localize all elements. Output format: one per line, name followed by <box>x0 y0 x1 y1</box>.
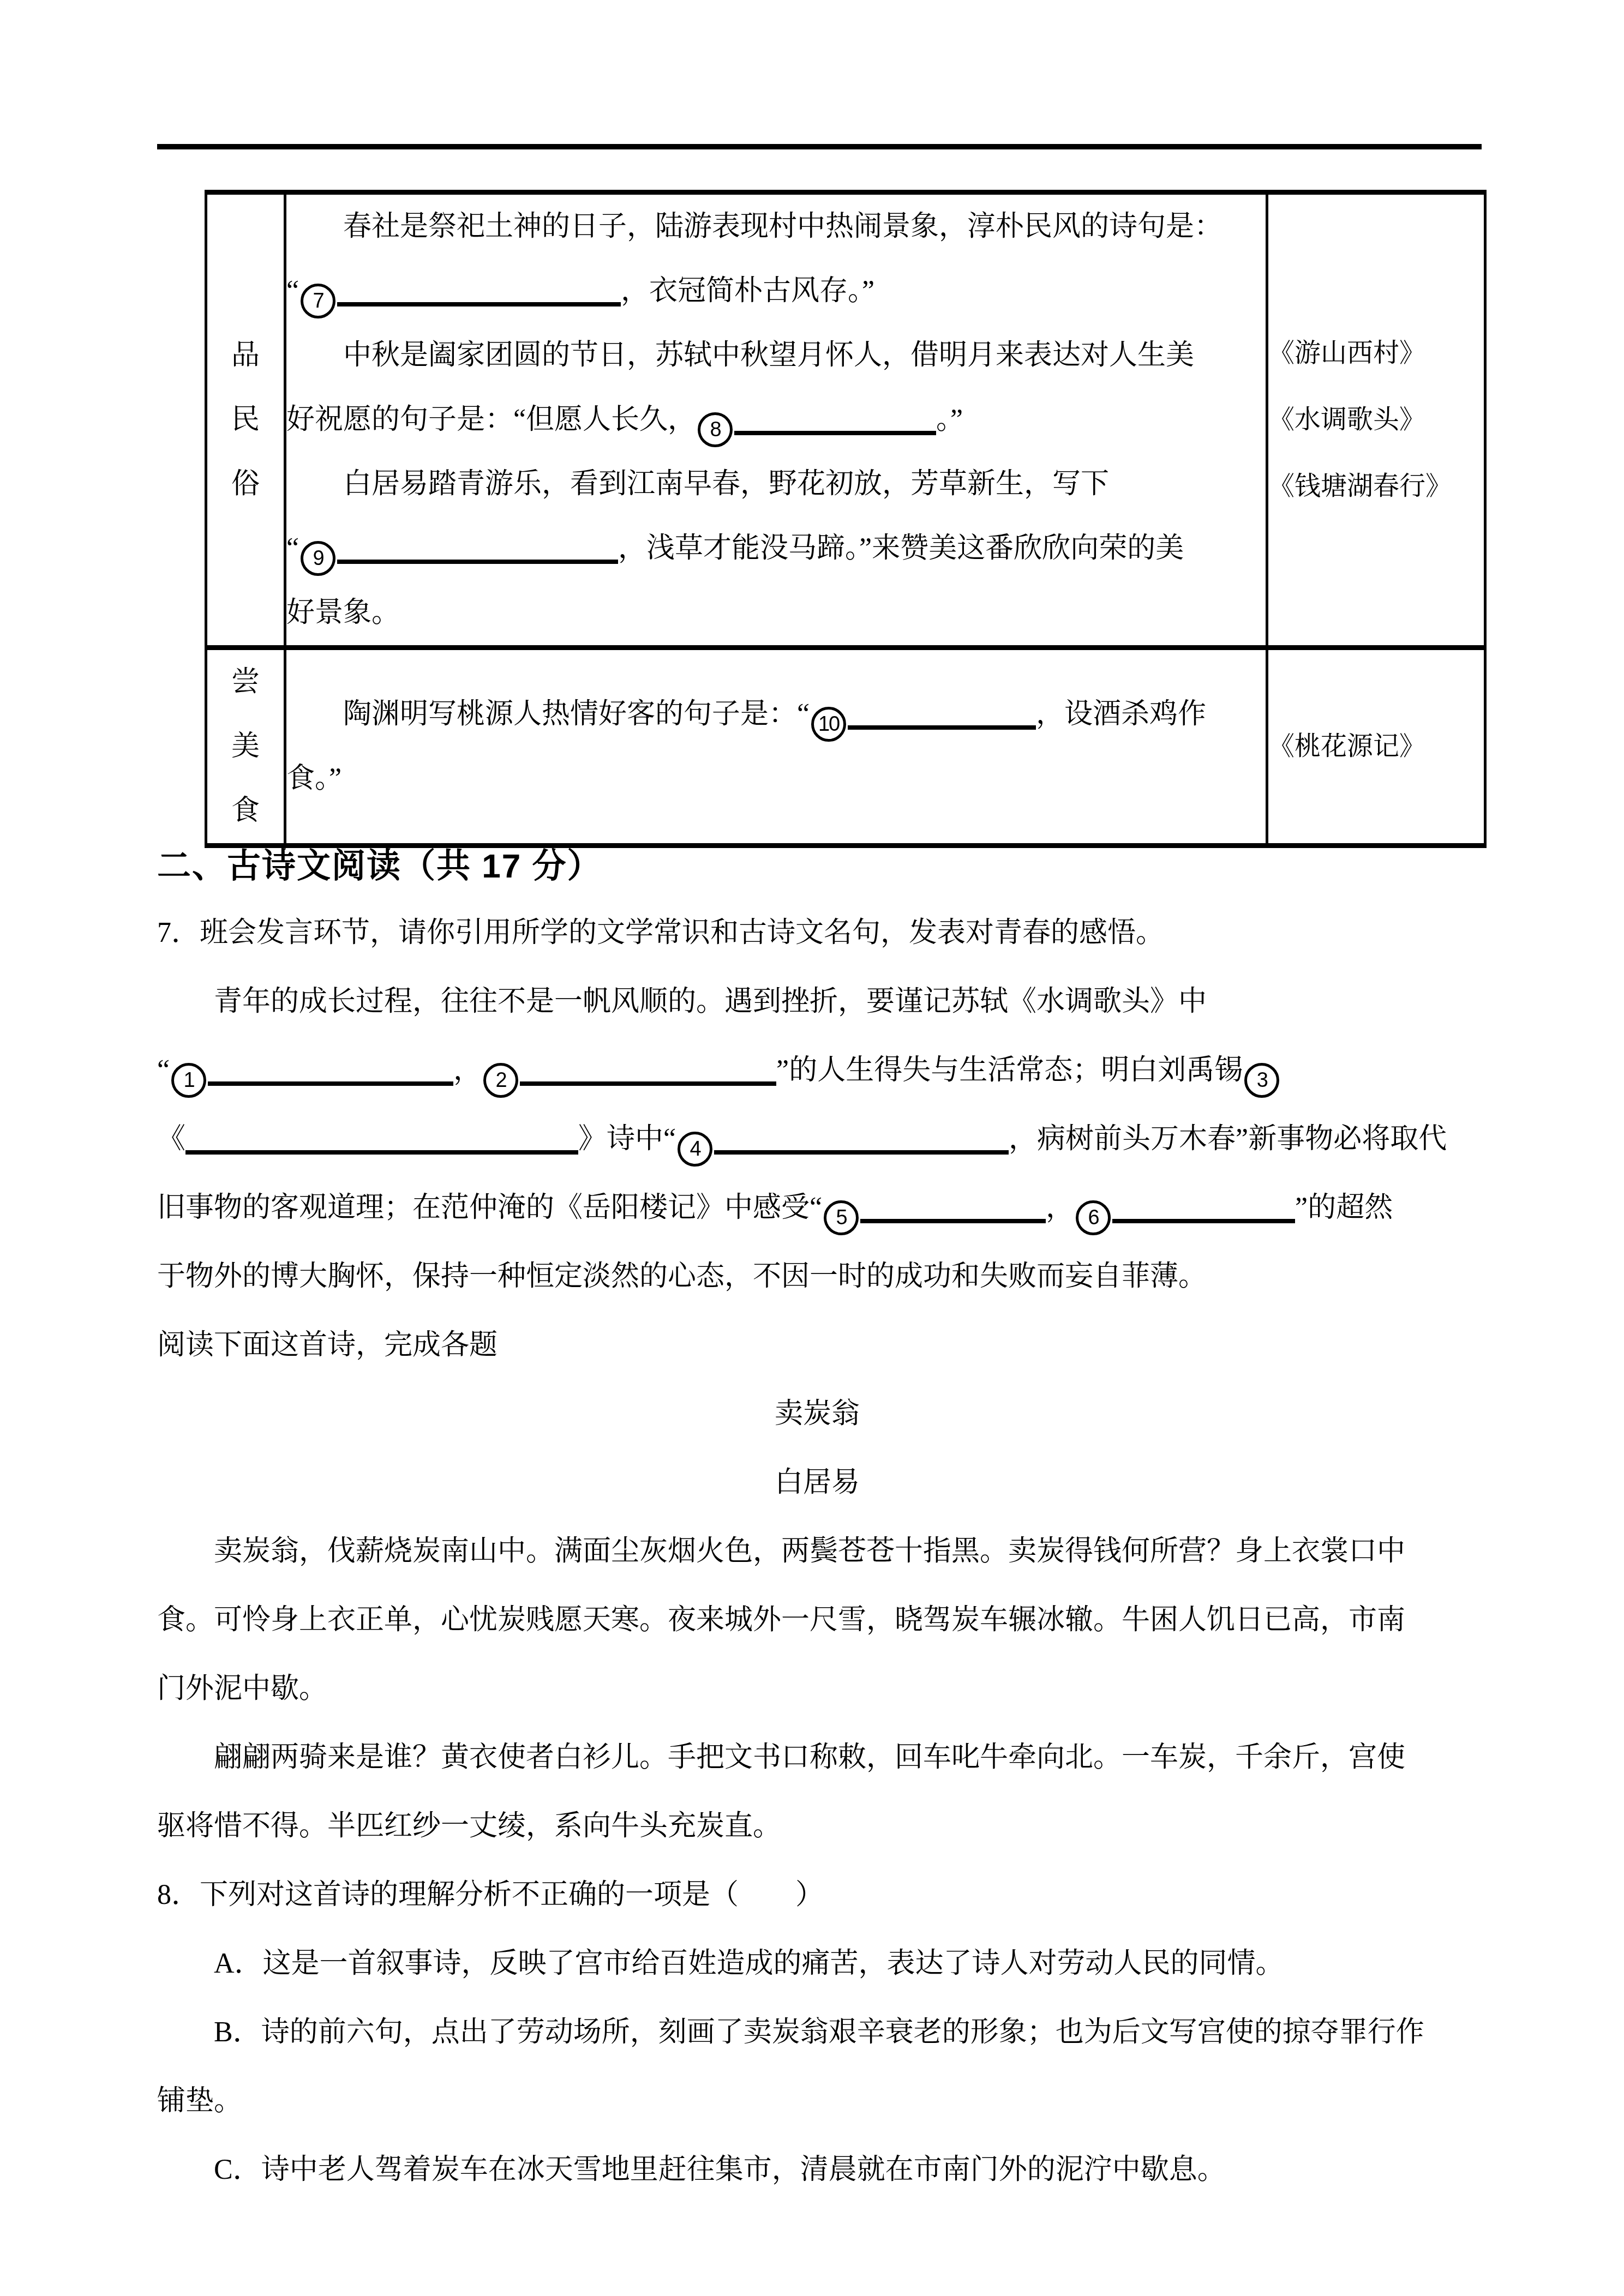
text-run: 驱将惜不得。半匹红纱一丈绫，系向牛头充炭直。 <box>157 1811 781 1842</box>
text-run: ，衣冠简朴古风存。” <box>621 275 874 306</box>
text-run: “ <box>286 533 299 564</box>
text-line: 于物外的博大胸怀，保持一种恒定淡然的心态，不因一时的成功和失败而妄自菲薄。 <box>157 1242 1477 1311</box>
answer-blank <box>714 1126 1009 1155</box>
circled-number-10-icon: 10 <box>811 707 846 742</box>
answer-blank <box>337 278 621 306</box>
text-line: 食。可怜身上衣正单，心忧炭贱愿天寒。夜来城外一尺雪，晓驾炭车辗冰辙。牛困人饥日已… <box>157 1586 1477 1655</box>
section-heading: 二、古诗文阅读（共 17 分） <box>157 834 1477 899</box>
question7-intro: 7．班会发言环节，请你引用所学的文学常识和古诗文名句，发表对青春的感悟。 <box>157 899 1477 967</box>
text-run: 好景象。 <box>286 597 400 628</box>
answer-blank <box>185 1126 578 1155</box>
text-run: ， <box>1046 1192 1074 1223</box>
category-char: 品 <box>207 323 284 388</box>
text-line: 8．下列对这首诗的理解分析不正确的一项是（ ） <box>157 1861 1477 1930</box>
poem-reading-prompt: 阅读下面这首诗，完成各题 <box>157 1311 1477 1380</box>
text-line: 中秋是阖家团圆的节日，苏轼中秋望月怀人，借明月来表达对人生美 <box>286 323 1266 388</box>
text-run: 陶渊明写桃源人热情好客的句子是：“ <box>343 699 810 730</box>
text-run: 食。可怜身上衣正单，心忧炭贱愿天寒。夜来城外一尺雪，晓驾炭车辗冰辙。牛困人饥日已… <box>157 1604 1405 1636</box>
main-content: 二、古诗文阅读（共 17 分） 7．班会发言环节，请你引用所学的文学常识和古诗文… <box>157 834 1477 2204</box>
text-run: C．诗中老人驾着炭车在冰天雪地里赶往集市，清晨就在市南门外的泥泞中歇息。 <box>214 2154 1226 2185</box>
text-run: 阅读下面这首诗，完成各题 <box>157 1330 498 1361</box>
answer-blank <box>734 407 936 435</box>
text-run: “ <box>157 1055 170 1086</box>
text-run: ，病树前头万木春”新事物必将取代 <box>1009 1123 1447 1155</box>
text-line: 7．班会发言环节，请你引用所学的文学常识和古诗文名句，发表对青春的感悟。 <box>157 899 1477 967</box>
text-line: 翩翩两骑来是谁？黄衣使者白衫儿。手把文书口称敕，回车叱牛牵向北。一车炭，千余斤，… <box>157 1723 1477 1792</box>
text-line: 铺垫。 <box>157 2067 1477 2136</box>
content-cell: 陶渊明写桃源人热情好客的句子是：“10，设酒杀鸡作食。” <box>285 648 1267 846</box>
text-line: 春社是祭祀土神的日子，陆游表现村中热闹景象，淳朴民风的诗句是： <box>286 195 1266 259</box>
text-run: ”的超然 <box>1295 1192 1393 1223</box>
answer-blank <box>520 1057 776 1086</box>
text-run: 。” <box>936 404 963 435</box>
answer-blank <box>208 1057 453 1086</box>
source-cell: 《游山西村》《水调歌头》《钱塘湖春行》 <box>1267 193 1485 648</box>
text-line: 卖炭翁，伐薪烧炭南山中。满面尘灰烟火色，两鬓苍苍十指黑。卖炭得钱何所营？身上衣裳… <box>157 1517 1477 1586</box>
source-title: 《桃花源记》 <box>1268 713 1484 780</box>
poem-title: 卖炭翁 <box>157 1380 1477 1448</box>
text-run: 翩翩两骑来是谁？黄衣使者白衫儿。手把文书口称敕，回车叱牛牵向北。一车炭，千余斤，… <box>214 1742 1405 1773</box>
text-line: B．诗的前六句，点出了劳动场所，刻画了卖炭翁艰辛衰老的形象；也为后文写宫使的掠夺… <box>157 1998 1477 2067</box>
circled-number-2-icon: 2 <box>483 1063 518 1098</box>
text-line: 阅读下面这首诗，完成各题 <box>157 1311 1477 1380</box>
text-run: A．这是一首叙事诗，反映了宫市给百姓造成的痛苦，表达了诗人对劳动人民的同情。 <box>214 1948 1284 1979</box>
text-run: 《 <box>157 1123 185 1155</box>
text-run: 门外泥中歇。 <box>157 1673 327 1704</box>
exam-page: 品民俗春社是祭祀土神的日子，陆游表现村中热闹景象，淳朴民风的诗句是：“7，衣冠简… <box>0 0 1624 2296</box>
text-run: ，设酒杀鸡作 <box>1036 699 1206 730</box>
text-run: 青年的成长过程，往往不是一帆风顺的。遇到挫折，要谨记苏轼《水调歌头》中 <box>214 986 1207 1017</box>
text-line: 驱将惜不得。半匹红纱一丈绫，系向牛头充炭直。 <box>157 1792 1477 1861</box>
text-line: A．这是一首叙事诗，反映了宫市给百姓造成的痛苦，表达了诗人对劳动人民的同情。 <box>157 1930 1477 1998</box>
text-line: 旧事物的客观道理；在范仲淹的《岳阳楼记》中感受“5，6”的超然 <box>157 1174 1477 1242</box>
text-run: ， <box>453 1055 482 1086</box>
text-run: 食。” <box>286 763 341 794</box>
header-rule <box>157 144 1482 149</box>
answer-blank <box>848 701 1036 730</box>
category-label-cell: 尝美食 <box>206 648 285 846</box>
text-run: B．诗的前六句，点出了劳动场所，刻画了卖炭翁艰辛衰老的形象；也为后文写宫使的掠夺… <box>214 2017 1424 2048</box>
category-char: 食 <box>207 779 284 843</box>
text-line: “7，衣冠简朴古风存。” <box>286 259 1266 323</box>
text-line: 《》诗中“4，病树前头万木春”新事物必将取代 <box>157 1105 1477 1174</box>
circled-number-8-icon: 8 <box>698 412 733 447</box>
text-run: 白居易踏青游乐，看到江南早春，野花初放，芳草新生，写下 <box>343 468 1109 500</box>
text-run: 铺垫。 <box>157 2085 242 2117</box>
table-row: 品民俗春社是祭祀土神的日子，陆游表现村中热闹景象，淳朴民风的诗句是：“7，衣冠简… <box>206 193 1485 648</box>
text-line: “9，浅草才能没马蹄。”来赞美这番欣欣向荣的美 <box>286 516 1266 581</box>
category-char: 尝 <box>207 650 284 714</box>
answer-blank <box>860 1195 1046 1223</box>
circled-number-1-icon: 1 <box>171 1063 206 1098</box>
answer-blank <box>337 536 618 564</box>
recitation-table-body: 品民俗春社是祭祀土神的日子，陆游表现村中热闹景象，淳朴民风的诗句是：“7，衣冠简… <box>206 193 1485 846</box>
circled-number-5-icon: 5 <box>824 1200 859 1235</box>
text-line: 食。” <box>286 747 1266 811</box>
question7-paragraph: 青年的成长过程，往往不是一帆风顺的。遇到挫折，要谨记苏轼《水调歌头》中“1，2”… <box>157 967 1477 1311</box>
table-row: 尝美食陶渊明写桃源人热情好客的句子是：“10，设酒杀鸡作食。”《桃花源记》 <box>206 648 1485 846</box>
text-line: 门外泥中歇。 <box>157 1655 1477 1723</box>
circled-number-3-icon: 3 <box>1244 1063 1279 1098</box>
text-run: ，浅草才能没马蹄。”来赞美这番欣欣向荣的美 <box>618 533 1184 564</box>
text-run: 好祝愿的句子是：“但愿人长久， <box>286 404 696 435</box>
text-line: 好祝愿的句子是：“但愿人长久，8。” <box>286 388 1266 452</box>
circled-number-7-icon: 7 <box>301 284 335 318</box>
text-run: 8．下列对这首诗的理解分析不正确的一项是（ ） <box>157 1879 824 1910</box>
text-run: 中秋是阖家团圆的节日，苏轼中秋望月怀人，借明月来表达对人生美 <box>343 340 1194 371</box>
text-run: 7．班会发言环节，请你引用所学的文学常识和古诗文名句，发表对青春的感悟。 <box>157 917 1164 948</box>
text-line: 青年的成长过程，往往不是一帆风顺的。遇到挫折，要谨记苏轼《水调歌头》中 <box>157 967 1477 1036</box>
poem-stanza-1: 卖炭翁，伐薪烧炭南山中。满面尘灰烟火色，两鬓苍苍十指黑。卖炭得钱何所营？身上衣裳… <box>157 1517 1477 1723</box>
text-line: 白居易踏青游乐，看到江南早春，野花初放，芳草新生，写下 <box>286 452 1266 516</box>
circled-number-4-icon: 4 <box>678 1132 712 1167</box>
text-line: 陶渊明写桃源人热情好客的句子是：“10，设酒杀鸡作 <box>286 682 1266 747</box>
category-char: 民 <box>207 388 284 452</box>
content-cell: 春社是祭祀土神的日子，陆游表现村中热闹景象，淳朴民风的诗句是：“7，衣冠简朴古风… <box>285 193 1267 648</box>
text-run: “ <box>286 275 299 306</box>
circled-number-6-icon: 6 <box>1076 1200 1111 1235</box>
source-title: 《水调歌头》 <box>1268 387 1484 453</box>
text-run: 春社是祭祀土神的日子，陆游表现村中热闹景象，淳朴民风的诗句是： <box>343 211 1223 242</box>
text-run: 》诗中“ <box>578 1123 676 1155</box>
poem-author: 白居易 <box>157 1448 1477 1517</box>
source-title: 《游山西村》 <box>1268 320 1484 387</box>
question8-block: 8．下列对这首诗的理解分析不正确的一项是（ ）A．这是一首叙事诗，反映了宫市给百… <box>157 1861 1477 2204</box>
text-run: ”的人生得失与生活常态；明白刘禹锡 <box>776 1055 1243 1086</box>
text-run: 卖炭翁，伐薪烧炭南山中。满面尘灰烟火色，两鬓苍苍十指黑。卖炭得钱何所营？身上衣裳… <box>214 1536 1405 1567</box>
text-run: 于物外的博大胸怀，保持一种恒定淡然的心态，不因一时的成功和失败而妄自菲薄。 <box>157 1261 1207 1292</box>
text-line: C．诗中老人驾着炭车在冰天雪地里赶往集市，清晨就在市南门外的泥泞中歇息。 <box>157 2136 1477 2204</box>
source-title: 《钱塘湖春行》 <box>1268 453 1484 520</box>
category-char: 美 <box>207 714 284 779</box>
poem-stanza-2: 翩翩两骑来是谁？黄衣使者白衫儿。手把文书口称敕，回车叱牛牵向北。一车炭，千余斤，… <box>157 1723 1477 1861</box>
recitation-table: 品民俗春社是祭祀土神的日子，陆游表现村中热闹景象，淳朴民风的诗句是：“7，衣冠简… <box>205 190 1487 848</box>
answer-blank <box>1112 1195 1295 1223</box>
circled-number-9-icon: 9 <box>301 541 335 576</box>
text-run: 旧事物的客观道理；在范仲淹的《岳阳楼记》中感受“ <box>157 1192 822 1223</box>
category-label-cell: 品民俗 <box>206 193 285 648</box>
text-line: “1，2”的人生得失与生活常态；明白刘禹锡3 <box>157 1036 1477 1105</box>
source-cell: 《桃花源记》 <box>1267 648 1485 846</box>
category-char: 俗 <box>207 452 284 516</box>
text-line: 好景象。 <box>286 581 1266 645</box>
